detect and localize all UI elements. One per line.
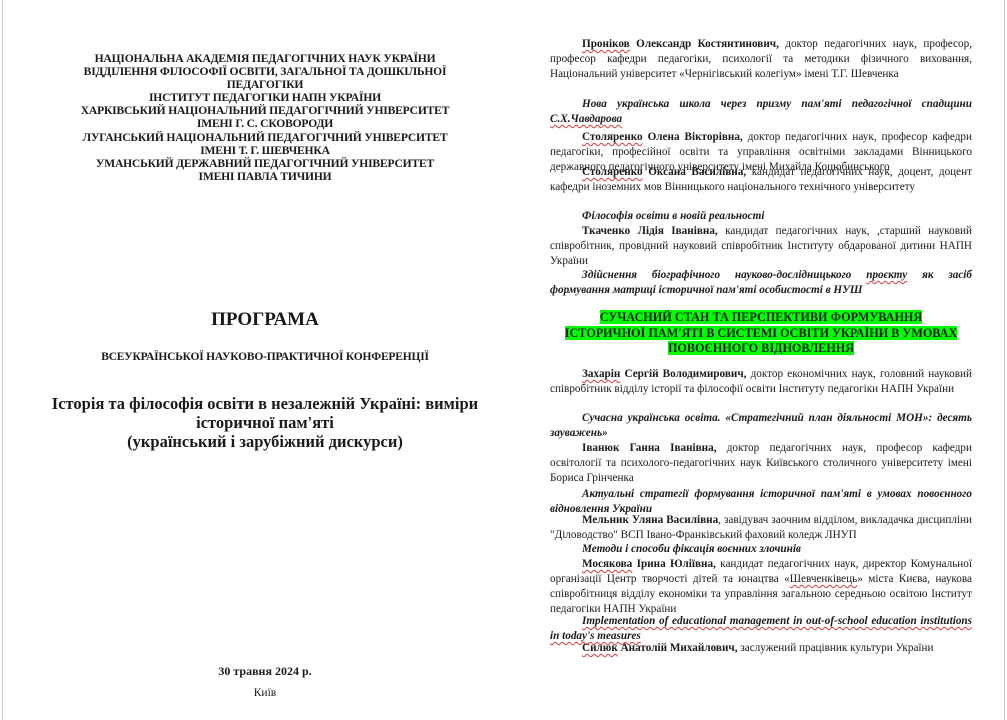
theme-line: (український і зарубіжний дискурси) (30, 432, 500, 451)
page-border-left (2, 0, 3, 720)
title-page: НАЦІОНАЛЬНА АКАДЕМІЯ ПЕДАГОГІЧНИХ НАУК У… (30, 0, 500, 720)
organizer-line: ЛУГАНСЬКИЙ НАЦІОНАЛЬНИЙ ПЕДАГОГІЧНИЙ УНІ… (30, 131, 500, 144)
program-page: Проніков Олександр Костянтинович, доктор… (550, 0, 972, 720)
program-title: ПРОГРАМА (30, 309, 500, 331)
speaker-name: Олена Вікторівна, (643, 131, 743, 143)
section-heading-line: ІСТОРИЧНОЇ ПАМ'ЯТІ В СИСТЕМІ ОСВІТИ УКРА… (565, 326, 958, 340)
topic-text: Сучасна українська освіта. «Стратегічний… (550, 412, 972, 439)
page-border-right (1004, 0, 1005, 720)
topic-text: Нова українська школа через призму пам'я… (582, 98, 972, 110)
speaker-entry: Проніков Олександр Костянтинович, доктор… (550, 37, 972, 82)
speaker-entry: Ткаченко Лідія Іванівна, кандидат педаго… (550, 224, 972, 269)
speaker-surname: Столяренко (582, 131, 643, 143)
speaker-name: Олександр Костянтинович, (630, 38, 779, 50)
speaker-surname: Мосякова (582, 558, 632, 570)
speaker-name: Ірина Юліївна, (632, 558, 716, 570)
topic-text-flagged: проєкту (866, 269, 907, 281)
talk-topic: Філософія освіти в новій реальності (550, 209, 972, 224)
organizer-line: ВІДДІЛЕННЯ ФІЛОСОФІЇ ОСВІТИ, ЗАГАЛЬНОЇ Т… (30, 65, 500, 78)
organizer-line: ІМЕНІ Т. Г. ШЕВЧЕНКА (30, 144, 500, 157)
speaker-name: Оксана Василівна, (643, 166, 747, 178)
topic-text-flagged: С.Х.Чавдарова (550, 113, 622, 125)
organizer-line: ІНСТИТУТ ПЕДАГОГІКИ НАПН УКРАЇНИ (30, 91, 500, 104)
speaker-entry: Мосякова Ірина Юліївна, кандидат педагог… (550, 557, 972, 617)
speaker-name: Сергій Володимирович, (620, 368, 746, 380)
talk-topic: Implementation of educational management… (550, 614, 972, 644)
topic-text: Актуальні стратегії формування історично… (550, 488, 972, 515)
conference-subtitle: ВСЕУКРАЇНСЬКОЇ НАУКОВО-ПРАКТИЧНОЇ КОНФЕР… (30, 351, 500, 363)
organizer-line: ІМЕНІ ПАВЛА ТИЧИНИ (30, 170, 500, 183)
speaker-surname: Проніков (582, 38, 630, 50)
organizer-line: НАЦІОНАЛЬНА АКАДЕМІЯ ПЕДАГОГІЧНИХ НАУК У… (30, 52, 500, 65)
speaker-surname: Силюк (582, 642, 618, 654)
speaker-details: заслужений працівник культури України (738, 642, 934, 654)
speaker-entry: Силюк Анатолій Михайлович, заслужений пр… (550, 641, 972, 656)
section-heading: СУЧАСНИЙ СТАН ТА ПЕРСПЕКТИВИ ФОРМУВАННЯ … (550, 310, 972, 357)
organizer-line: УМАНСЬКИЙ ДЕРЖАВНИЙ ПЕДАГОГІЧНИЙ УНІВЕРС… (30, 157, 500, 170)
conference-date: 30 травня 2024 р. (30, 664, 500, 679)
speaker-name: Мельник Уляна Василівна (582, 514, 718, 526)
talk-topic: Нова українська школа через призму пам'я… (550, 97, 972, 127)
topic-text: Здійснення біографічного науково-дослідн… (582, 269, 866, 281)
conference-city: Київ (30, 687, 500, 699)
talk-topic: Сучасна українська освіта. «Стратегічний… (550, 411, 972, 441)
organizer-line: ІМЕНІ Г. С. СКОВОРОДИ (30, 117, 500, 130)
speaker-entry: Іванюк Ганна Іванівна, доктор педагогічн… (550, 441, 972, 486)
speaker-name: Анатолій Михайлович, (618, 642, 738, 654)
section-heading-line: СУЧАСНИЙ СТАН ТА ПЕРСПЕКТИВИ ФОРМУВАННЯ (600, 310, 922, 324)
speaker-entry: Мельник Уляна Василівна, завідувач заочн… (550, 513, 972, 543)
talk-topic: Методи і способи фіксація воєнних злочин… (550, 542, 972, 557)
speaker-name: Іванюк Ганна Іванівна, (582, 442, 717, 454)
topic-text-flagged: Implementation of educational management… (550, 615, 972, 642)
speaker-name: Ткаченко Лідія Іванівна, (582, 225, 718, 237)
organizer-line: ХАРКІВСЬКИЙ НАЦІОНАЛЬНИЙ ПЕДАГОГІЧНИЙ УН… (30, 104, 500, 117)
speaker-details-flagged: Шевченківець (790, 573, 858, 585)
topic-text: Методи і способи фіксація воєнних злочин… (582, 543, 801, 555)
speaker-entry: Захарін Сергій Володимирович, доктор еко… (550, 367, 972, 397)
organizers-list: НАЦІОНАЛЬНА АКАДЕМІЯ ПЕДАГОГІЧНИХ НАУК У… (30, 52, 500, 183)
theme-line: Історія та філософія освіти в незалежній… (30, 394, 500, 413)
section-heading-line: ПОВОЄННОГО ВІДНОВЛЕННЯ (668, 341, 854, 355)
talk-topic: Здійснення біографічного науково-дослідн… (550, 268, 972, 298)
organizer-line: ПЕДАГОГІКИ (30, 78, 500, 91)
speaker-surname: Столяренко (582, 166, 643, 178)
speaker-entry: Столяренко Оксана Василівна, кандидат пе… (550, 165, 972, 195)
speaker-surname: Захарін (582, 368, 620, 380)
theme-line: історичної пам'яті (30, 413, 500, 432)
conference-theme: Історія та філософія освіти в незалежній… (30, 394, 500, 451)
topic-text: Філософія освіти в новій реальності (582, 210, 764, 222)
